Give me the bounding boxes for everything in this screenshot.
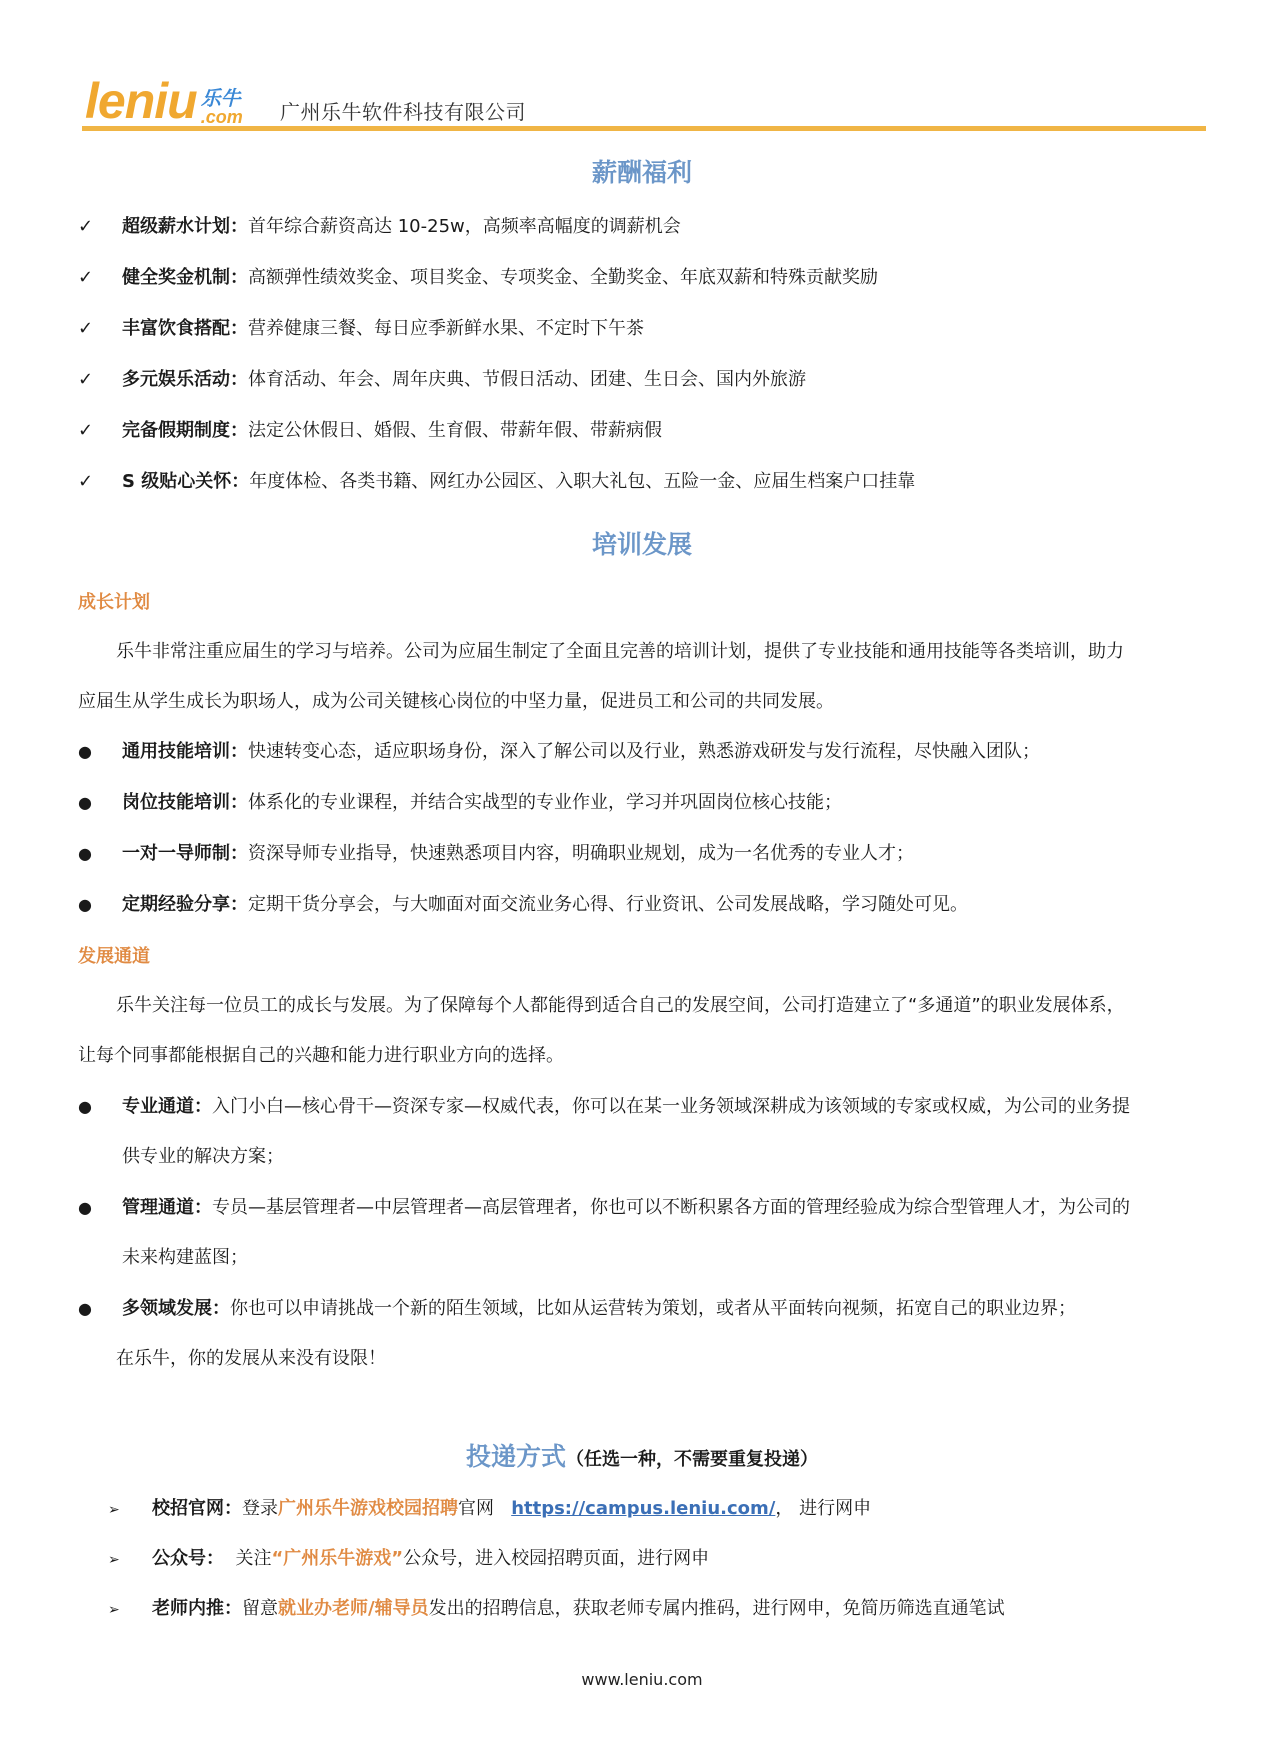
apply-label: 老师内推： xyxy=(152,1598,242,1619)
check-icon: ✓ xyxy=(78,266,122,290)
arrow-bullet-icon: ➢ xyxy=(108,1598,152,1622)
career-paragraph-line1: 乐牛关注每一位员工的成长与发展。为了保障每个人都能得到适合自己的发展空间，公司打… xyxy=(116,994,1125,1018)
career-text: 你也可以申请挑战一个新的陌生领域，比如从运营转为策划，或者从平面转向视频，拓宽自… xyxy=(230,1298,1076,1319)
apply-label: 公众号： xyxy=(152,1548,224,1569)
logo-wordmark: leniu xyxy=(85,76,197,126)
benefit-label: 多元娱乐活动： xyxy=(122,369,248,390)
training-label: 岗位技能培训： xyxy=(122,792,248,813)
benefit-text: 首年综合薪资高达 10-25w，高频率高幅度的调薪机会 xyxy=(248,216,681,237)
apply-title: 投递方式 xyxy=(466,1442,566,1471)
section-title-benefits: 薪酬福利 xyxy=(0,153,1284,189)
apply-text: 登录 xyxy=(242,1498,278,1519)
training-label: 一对一导师制： xyxy=(122,843,248,864)
career-text: 专员—基层管理者—中层管理者—高层管理者，你也可以不断积累各方面的管理经验成为综… xyxy=(212,1197,1130,1218)
arrow-bullet-icon: ➢ xyxy=(108,1548,152,1572)
career-item: ●多领域发展：你也可以申请挑战一个新的陌生领域，比如从运营转为策划，或者从平面转… xyxy=(78,1297,1076,1321)
training-text: 体系化的专业课程，并结合实战型的专业作业，学习并巩固岗位核心技能； xyxy=(248,792,842,813)
section-title-training: 培训发展 xyxy=(0,525,1284,561)
bullet-icon: ● xyxy=(78,791,122,815)
apply-highlight: 就业办老师/辅导员 xyxy=(278,1598,429,1619)
check-icon: ✓ xyxy=(78,470,122,494)
check-icon: ✓ xyxy=(78,317,122,341)
bullet-icon: ● xyxy=(78,842,122,866)
bullet-icon: ● xyxy=(78,740,122,764)
benefit-item: ✓丰富饮食搭配：营养健康三餐、每日应季新鲜水果、不定时下午茶 xyxy=(78,317,644,341)
arrow-bullet-icon: ➢ xyxy=(108,1498,152,1522)
benefit-item: ✓多元娱乐活动：体育活动、年会、周年庆典、节假日活动、团建、生日会、国内外旅游 xyxy=(78,368,806,392)
check-icon: ✓ xyxy=(78,368,122,392)
apply-text: 发出的招聘信息，获取老师专属内推码，进行网申，免简历筛选直通笔试 xyxy=(429,1598,1005,1619)
bullet-icon: ● xyxy=(78,1196,122,1220)
growth-paragraph-line1: 乐牛非常注重应届生的学习与培养。公司为应届生制定了全面且完善的培训计划，提供了专… xyxy=(116,640,1124,664)
logo-com: .com xyxy=(201,108,243,126)
career-text: 入门小白—核心骨干—资深专家—权威代表，你可以在某一业务领域深耕成为该领域的专家… xyxy=(212,1096,1130,1117)
training-item: ●定期经验分享：定期干货分享会，与大咖面对面交流业务心得、行业资讯、公司发展战略… xyxy=(78,893,968,917)
training-label: 定期经验分享： xyxy=(122,894,248,915)
subtitle-growth-plan: 成长计划 xyxy=(78,588,150,614)
benefit-label: 完备假期制度： xyxy=(122,420,248,441)
header-divider xyxy=(82,126,1206,131)
apply-highlight: 广州乐牛游戏校园招聘 xyxy=(278,1498,458,1519)
bullet-icon: ● xyxy=(78,893,122,917)
benefit-text: 年度体检、各类书籍、网红办公园区、入职大礼包、五险一金、应届生档案户口挂靠 xyxy=(249,471,915,492)
career-label: 专业通道： xyxy=(122,1096,212,1117)
apply-item: ➢公众号： 关注“广州乐牛游戏”公众号，进入校园招聘页面，进行网申 xyxy=(108,1547,709,1572)
apply-highlight: “广州乐牛游戏” xyxy=(271,1548,403,1569)
training-label: 通用技能培训： xyxy=(122,741,248,762)
subtitle-career-path: 发展通道 xyxy=(78,942,150,968)
footer-url[interactable]: www.leniu.com xyxy=(0,1670,1284,1689)
check-icon: ✓ xyxy=(78,215,122,239)
career-item-continuation: 未来构建蓝图； xyxy=(122,1246,248,1270)
benefit-item: ✓完备假期制度：法定公休假日、婚假、生育假、带薪年假、带薪病假 xyxy=(78,419,662,443)
career-closing: 在乐牛，你的发展从来没有设限！ xyxy=(116,1347,386,1371)
career-label: 管理通道： xyxy=(122,1197,212,1218)
apply-text: 关注 xyxy=(224,1548,271,1569)
benefit-item: ✓超级薪水计划：首年综合薪资高达 10-25w，高频率高幅度的调薪机会 xyxy=(78,215,681,239)
training-text: 定期干货分享会，与大咖面对面交流业务心得、行业资讯、公司发展战略，学习随处可见。 xyxy=(248,894,968,915)
training-text: 快速转变心态，适应职场身份，深入了解公司以及行业，熟悉游戏研发与发行流程，尽快融… xyxy=(248,741,1040,762)
apply-text: 公众号，进入校园招聘页面，进行网申 xyxy=(403,1548,709,1569)
benefit-text: 营养健康三餐、每日应季新鲜水果、不定时下午茶 xyxy=(248,318,644,339)
bullet-icon: ● xyxy=(78,1297,122,1321)
career-item: ●管理通道：专员—基层管理者—中层管理者—高层管理者，你也可以不断积累各方面的管… xyxy=(78,1196,1130,1220)
benefit-text: 体育活动、年会、周年庆典、节假日活动、团建、生日会、国内外旅游 xyxy=(248,369,806,390)
campus-link[interactable]: https://campus.leniu.com/ xyxy=(511,1498,775,1519)
benefit-text: 法定公休假日、婚假、生育假、带薪年假、带薪病假 xyxy=(248,420,662,441)
benefit-label: 丰富饮食搭配： xyxy=(122,318,248,339)
section-title-apply: 投递方式（任选一种，不需要重复投递） xyxy=(0,1437,1284,1473)
career-label: 多领域发展： xyxy=(122,1298,230,1319)
apply-item: ➢校招官网：登录广州乐牛游戏校园招聘官网 https://campus.leni… xyxy=(108,1497,871,1522)
training-item: ●通用技能培训：快速转变心态，适应职场身份，深入了解公司以及行业，熟悉游戏研发与… xyxy=(78,740,1040,764)
training-item: ●一对一导师制：资深导师专业指导，快速熟悉项目内容，明确职业规划，成为一名优秀的… xyxy=(78,842,914,866)
apply-label: 校招官网： xyxy=(152,1498,242,1519)
career-item-continuation: 供专业的解决方案； xyxy=(122,1145,284,1169)
apply-note: （任选一种，不需要重复投递） xyxy=(566,1449,818,1470)
company-name: 广州乐牛软件科技有限公司 xyxy=(280,96,526,125)
benefit-label: S 级贴心关怀： xyxy=(122,471,249,492)
leniu-logo: leniu 乐牛 .com xyxy=(85,70,243,126)
apply-item: ➢老师内推：留意就业办老师/辅导员发出的招聘信息，获取老师专属内推码，进行网申，… xyxy=(108,1597,1005,1622)
apply-text: 留意 xyxy=(242,1598,278,1619)
page-header: leniu 乐牛 .com 广州乐牛软件科技有限公司 xyxy=(80,68,1210,128)
training-item: ●岗位技能培训：体系化的专业课程，并结合实战型的专业作业，学习并巩固岗位核心技能… xyxy=(78,791,842,815)
benefit-label: 超级薪水计划： xyxy=(122,216,248,237)
apply-text: ， 进行网申 xyxy=(775,1498,871,1519)
apply-text: 官网 xyxy=(458,1498,500,1519)
logo-cn: 乐牛 xyxy=(201,88,243,108)
training-text: 资深导师专业指导，快速熟悉项目内容，明确职业规划，成为一名优秀的专业人才； xyxy=(248,843,914,864)
bullet-icon: ● xyxy=(78,1095,122,1119)
benefit-label: 健全奖金机制： xyxy=(122,267,248,288)
benefit-item: ✓S 级贴心关怀：年度体检、各类书籍、网红办公园区、入职大礼包、五险一金、应届生… xyxy=(78,470,915,494)
career-paragraph-line2: 让每个同事都能根据自己的兴趣和能力进行职业方向的选择。 xyxy=(78,1044,564,1068)
benefit-item: ✓健全奖金机制：高额弹性绩效奖金、项目奖金、专项奖金、全勤奖金、年底双薪和特殊贡… xyxy=(78,266,878,290)
check-icon: ✓ xyxy=(78,419,122,443)
benefit-text: 高额弹性绩效奖金、项目奖金、专项奖金、全勤奖金、年底双薪和特殊贡献奖励 xyxy=(248,267,878,288)
career-item: ●专业通道：入门小白—核心骨干—资深专家—权威代表，你可以在某一业务领域深耕成为… xyxy=(78,1095,1130,1119)
growth-paragraph-line2: 应届生从学生成长为职场人，成为公司关键核心岗位的中坚力量，促进员工和公司的共同发… xyxy=(78,690,834,714)
